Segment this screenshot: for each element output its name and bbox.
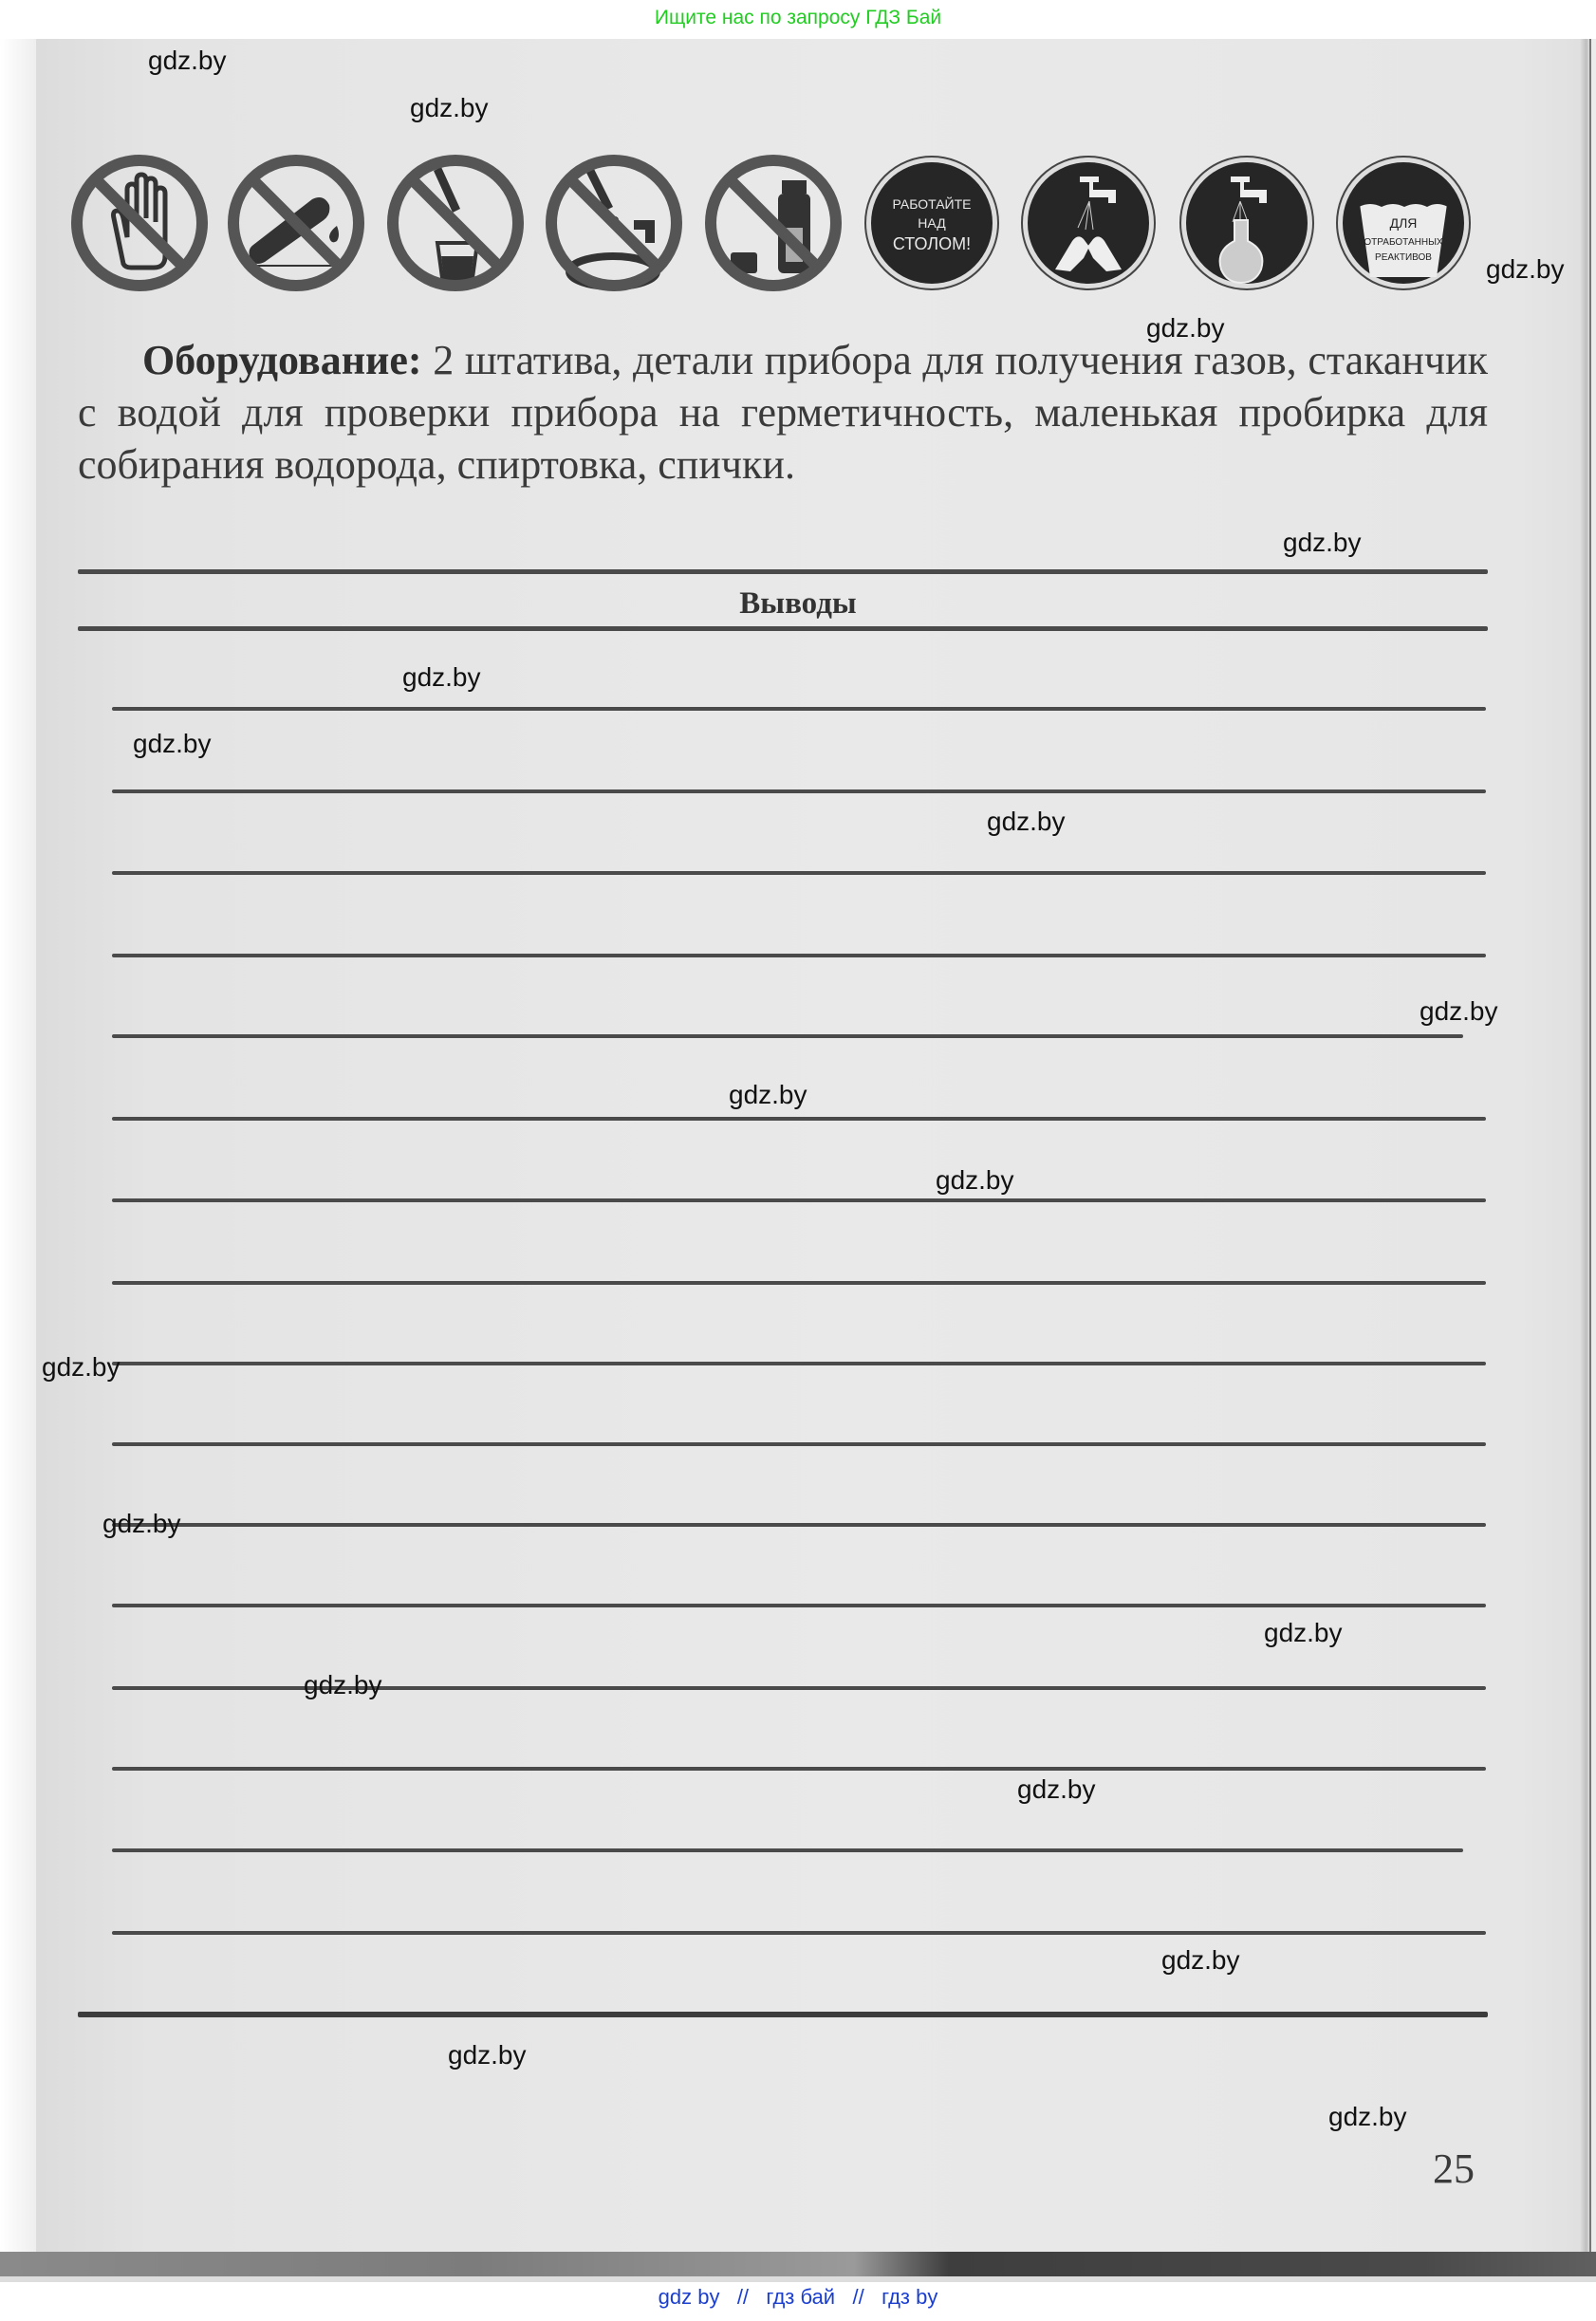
answer-line[interactable] <box>112 1117 1486 1121</box>
watermark-text: gdz.by <box>1017 1774 1096 1805</box>
svg-text:ДЛЯ: ДЛЯ <box>1390 215 1418 231</box>
answer-line[interactable] <box>78 2012 1488 2017</box>
watermark-text: gdz.by <box>410 93 489 123</box>
answer-line[interactable] <box>112 789 1486 793</box>
conclusions-heading: Выводы <box>0 586 1596 622</box>
safety-signs-row: РАБОТАЙТЕ НАД СТОЛОМ! <box>68 152 1492 294</box>
watermark-text: gdz.by <box>448 2040 527 2070</box>
footer-link-gdz-bai[interactable]: гдз бай <box>766 2285 835 2309</box>
footer-link-gdz-by[interactable]: gdz by <box>659 2285 720 2309</box>
answer-line[interactable] <box>112 954 1486 957</box>
answer-line[interactable] <box>112 1198 1486 1202</box>
watermark-text: gdz.by <box>1283 528 1362 558</box>
footer-links: gdz by // гдз бай // гдз by <box>0 2285 1596 2310</box>
answer-line[interactable] <box>112 707 1486 711</box>
watermark-text: gdz.by <box>729 1080 807 1110</box>
watermark-text: gdz.by <box>102 1509 181 1539</box>
watermark-text: gdz.by <box>42 1352 121 1383</box>
watermark-text: gdz.by <box>402 662 481 693</box>
answer-line[interactable] <box>112 1034 1463 1038</box>
svg-text:ОТРАБОТАННЫХ: ОТРАБОТАННЫХ <box>1364 237 1443 248</box>
watermark-text: gdz.by <box>987 807 1066 837</box>
work-over-table-icon: РАБОТАЙТЕ НАД СТОЛОМ! <box>861 152 1003 294</box>
page-number: 25 <box>1433 2145 1475 2193</box>
wash-hands-icon <box>1017 152 1160 294</box>
no-pour-into-sink-icon <box>543 152 685 294</box>
watermark-text: gdz.by <box>133 729 212 759</box>
answer-line[interactable] <box>112 1442 1486 1446</box>
svg-text:РЕАКТИВОВ: РЕАКТИВОВ <box>1375 252 1432 263</box>
answer-line[interactable] <box>112 1523 1486 1527</box>
watermark-text: gdz.by <box>936 1165 1014 1196</box>
watermark-text: gdz.by <box>1146 313 1225 344</box>
equipment-paragraph: Оборудование: 2 штатива, детали прибора … <box>78 334 1488 491</box>
watermark-text: gdz.by <box>1486 254 1565 285</box>
svg-text:РАБОТАЙТЕ: РАБОТАЙТЕ <box>892 195 971 212</box>
top-banner: Ищите нас по запросу ГДЗ Бай <box>0 0 1596 38</box>
page-right-edge <box>1589 39 1591 2259</box>
no-pour-from-tube-icon <box>225 152 367 294</box>
section-divider-line <box>78 626 1488 631</box>
answer-line[interactable] <box>112 1604 1486 1607</box>
rinse-flask-icon <box>1176 152 1318 294</box>
svg-text:СТОЛОМ!: СТОЛОМ! <box>893 234 971 253</box>
answer-line[interactable] <box>112 1931 1486 1935</box>
footer-separator: // <box>726 2285 761 2309</box>
page-bottom-shadow <box>0 2252 1596 2276</box>
no-touch-hand-icon <box>68 152 211 294</box>
answer-line[interactable] <box>112 1848 1463 1852</box>
svg-text:НАД: НАД <box>918 215 946 231</box>
answer-line[interactable] <box>112 1281 1486 1285</box>
no-open-bottle-icon <box>702 152 844 294</box>
watermark-text: gdz.by <box>1161 1945 1240 1976</box>
answer-line[interactable] <box>112 1362 1486 1365</box>
footer-separator: // <box>841 2285 876 2309</box>
watermark-text: gdz.by <box>1264 1618 1343 1648</box>
answer-line[interactable] <box>112 1767 1486 1771</box>
page-left-margin <box>0 39 36 2259</box>
answer-line[interactable] <box>112 871 1486 875</box>
page-bottom-edge <box>0 2276 1596 2282</box>
section-divider-line <box>78 569 1488 574</box>
equipment-label: Оборудование: <box>142 337 422 383</box>
watermark-text: gdz.by <box>1328 2102 1407 2132</box>
no-pour-into-glass-icon <box>384 152 527 294</box>
watermark-text: gdz.by <box>1420 996 1498 1027</box>
footer-link-gdz-by-cyr[interactable]: гдз by <box>882 2285 937 2309</box>
watermark-text: gdz.by <box>304 1670 382 1700</box>
watermark-text: gdz.by <box>148 46 227 76</box>
waste-reagents-container-icon: ДЛЯ ОТРАБОТАННЫХ РЕАКТИВОВ <box>1332 152 1475 294</box>
